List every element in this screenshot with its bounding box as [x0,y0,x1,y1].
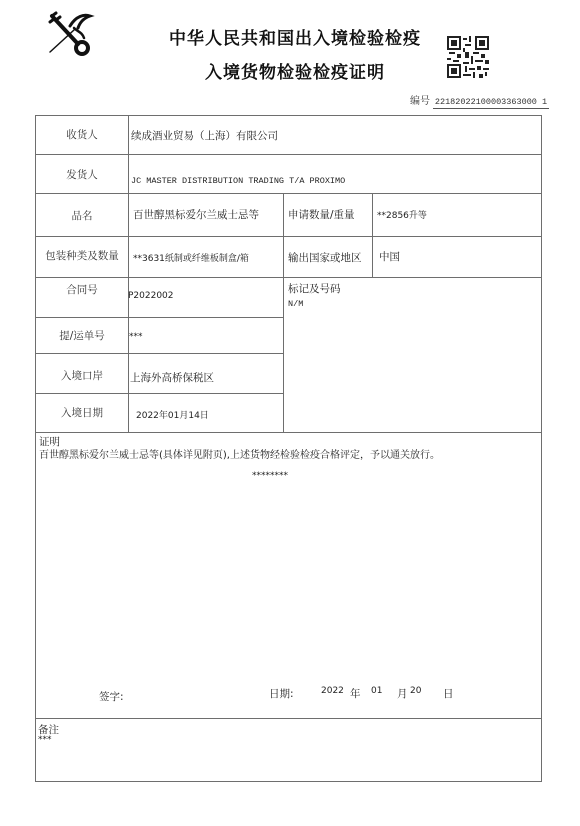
qr-code-icon [447,36,489,78]
certificate-number-label: 编号 [410,96,430,107]
column-divider [372,193,373,277]
marks-value: N/M [288,299,303,309]
contract-value: P2022002 [128,291,174,301]
signature-label: 签字: [99,689,124,704]
consignor-label: 发货人 [36,167,128,182]
marks-label: 标记及号码 [288,281,341,296]
row-divider [35,277,542,278]
sign-date-label: 日期: [269,686,294,701]
sign-date-year-unit: 年 [350,686,361,701]
packing-label: 包装种类及数量 [36,248,128,263]
entry-date-value: 2022年01月14日 [136,408,209,421]
entry-port-value: 上海外高桥保税区 [130,370,214,385]
quantity-label: 申请数量/重量 [288,207,355,222]
table-border-bottom [35,781,542,782]
row-divider [35,718,542,719]
row-divider [35,154,542,155]
certification-text: 百世醇黑标爱尔兰威士忌等(具体详见附页),上述货物经检验检疫合格评定，予以通关放… [39,446,440,461]
bill-of-lading-label: 提/运单号 [36,328,128,343]
goods-label: 品名 [36,208,128,223]
entry-date-label: 入境日期 [36,405,128,420]
row-divider [35,432,542,433]
row-divider [35,236,542,237]
remarks-value: *** [38,735,52,745]
row-divider [35,193,542,194]
consignee-label: 收货人 [36,127,128,142]
consignor-value: JC MASTER DISTRIBUTION TRADING T/A PROXI… [131,176,345,186]
bill-of-lading-value: *** [129,332,143,342]
column-divider [128,115,129,432]
goods-value: 百世醇黑标爱尔兰威士忌等 [133,207,259,222]
packing-value: **3631纸制或纤维板制盒/箱 [133,251,249,264]
entry-port-label: 入境口岸 [36,368,128,383]
customs-emblem-icon [44,8,96,60]
origin-value: 中国 [379,249,400,264]
row-divider [35,393,284,394]
sign-date-year: 2022 [321,686,344,696]
certification-stars: ******** [252,471,288,481]
certificate-number-value: 22182022100003363000 1 [433,97,549,109]
document-title-line2: 入境货物检验检疫证明 [150,58,440,83]
sign-date-day-unit: 日 [443,686,454,701]
column-divider [283,193,284,432]
table-border-right [541,115,542,781]
origin-label: 输出国家或地区 [288,250,362,265]
certificate-number: 编号 22182022100003363000 1 [410,92,549,109]
sign-date-month-unit: 月 [397,686,408,701]
row-divider [35,353,284,354]
contract-label: 合同号 [36,282,128,297]
sign-date-day: 20 [410,686,421,696]
table-border-top [35,115,542,116]
consignee-value: 续成酒业贸易（上海）有限公司 [131,128,278,143]
sign-date-month: 01 [371,686,382,696]
document-title-line1: 中华人民共和国出入境检验检疫 [150,24,440,49]
quantity-value: **2856升等 [377,208,427,221]
row-divider [35,317,284,318]
